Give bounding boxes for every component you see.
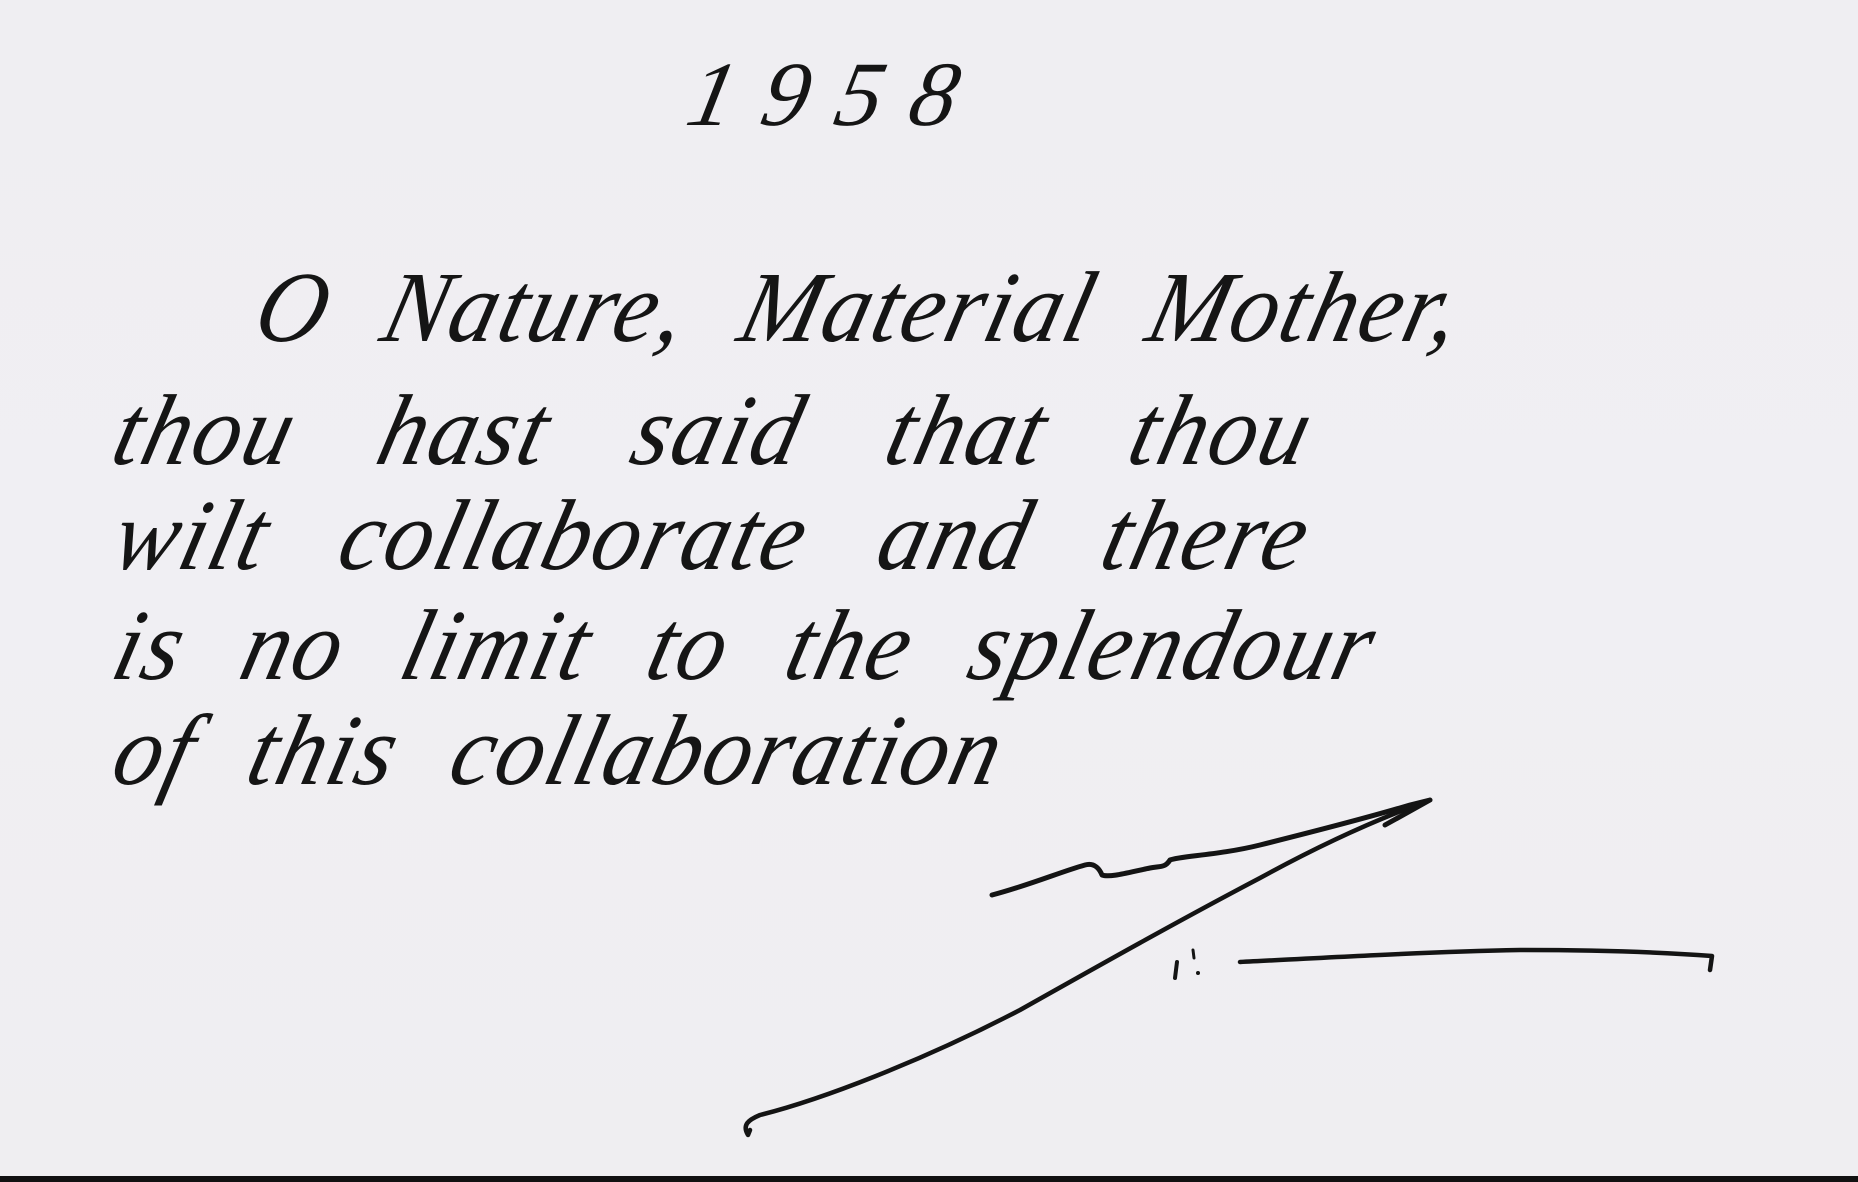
text-line-3: wilt collaborate and there bbox=[104, 485, 1321, 586]
bottom-border bbox=[0, 1176, 1858, 1182]
date-heading: 1958 bbox=[680, 48, 996, 140]
text-line-2: thou hast said that thou bbox=[104, 380, 1324, 481]
text-line-5: of this collaboration bbox=[104, 700, 1015, 801]
text-line-4: is no limit to the splendour bbox=[104, 595, 1387, 696]
text-line-1: O Nature, Material Mother, bbox=[246, 257, 1473, 358]
handwritten-page: 1958 O Nature, Material Mother, thou has… bbox=[0, 0, 1858, 1176]
